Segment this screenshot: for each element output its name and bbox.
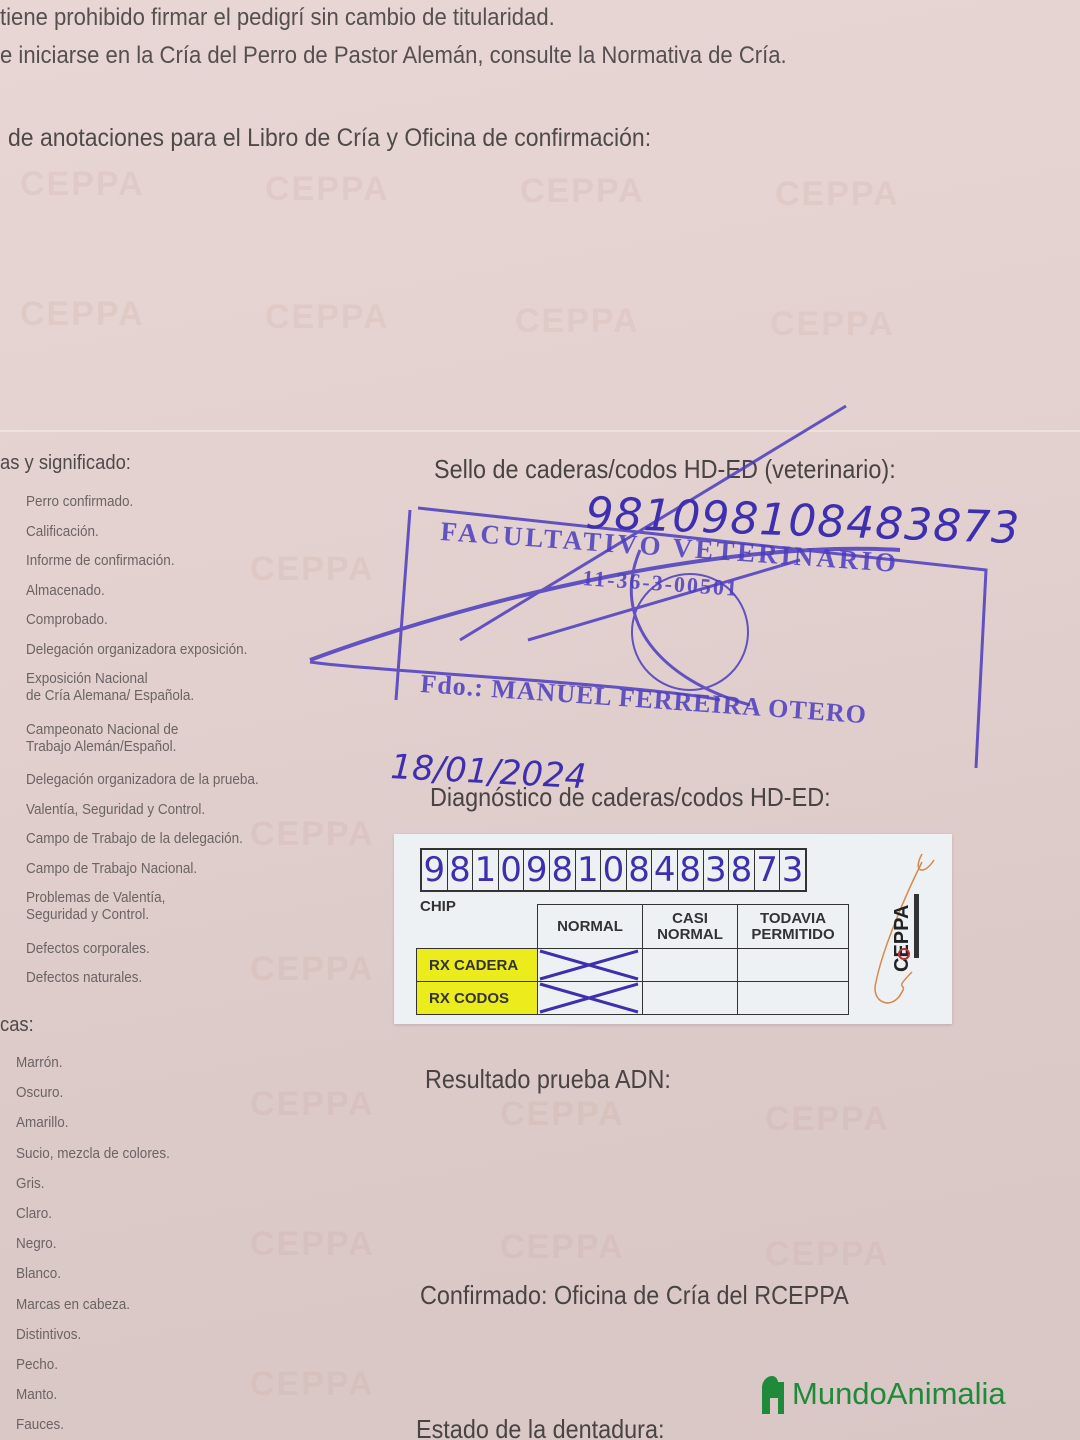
row-rx-codos: RX CODOS bbox=[417, 982, 538, 1015]
chip-digit-box: 9 bbox=[422, 850, 448, 890]
cadera-normal-cell bbox=[538, 949, 643, 982]
watermark: CEPPA bbox=[250, 815, 375, 854]
color-item: Gris. bbox=[16, 1175, 45, 1192]
legend-item: Campo de Trabajo Nacional. bbox=[26, 860, 197, 877]
codos-casi-normal-cell bbox=[643, 982, 738, 1015]
chip-digit-box: 0 bbox=[499, 850, 525, 890]
brand-animal-icon bbox=[758, 1374, 788, 1414]
cross-mark-icon bbox=[538, 982, 642, 1014]
watermark: CEPPA bbox=[265, 170, 390, 209]
row-rx-cadera: RX CADERA bbox=[417, 949, 538, 982]
chip-number-boxes: 981098108483873 bbox=[420, 848, 807, 892]
chip-digit-box: 0 bbox=[601, 850, 627, 890]
watermark: CEPPA bbox=[765, 1100, 890, 1139]
chip-digit-box: 8 bbox=[550, 850, 576, 890]
legend-item: Campo de Trabajo de la delegación. bbox=[26, 830, 243, 847]
rx-table: NORMAL CASI NORMAL TODAVIA PERMITIDO RX … bbox=[416, 904, 849, 1015]
watermark: CEPPA bbox=[765, 1235, 890, 1274]
stamp-name: Fdo.: MANUEL FERREIRA OTERO bbox=[420, 669, 868, 729]
color-item: Blanco. bbox=[16, 1265, 61, 1282]
confirmed-label: Confirmado: Oficina de Cría del RCEPPA bbox=[420, 1280, 849, 1311]
teeth-label: Estado de la dentadura: bbox=[416, 1414, 664, 1440]
logo-text: CEPPA bbox=[891, 905, 913, 972]
legend-item: Delegación organizadora de la prueba. bbox=[26, 771, 259, 788]
codos-todavia-cell bbox=[738, 982, 849, 1015]
color-item: Pecho. bbox=[16, 1356, 58, 1373]
watermark: CEPPA bbox=[20, 165, 145, 204]
watermark: CEPPA bbox=[500, 1228, 625, 1267]
brand-name: MundoAnimalia bbox=[792, 1376, 1006, 1412]
dna-label: Resultado prueba ADN: bbox=[425, 1064, 671, 1095]
chip-digit-box: 1 bbox=[473, 850, 499, 890]
watermark: CEPPA bbox=[250, 1085, 375, 1124]
color-item: Marcas en cabeza. bbox=[16, 1296, 130, 1313]
color-item: Manto. bbox=[16, 1386, 57, 1403]
colors-heading: cas: bbox=[0, 1014, 34, 1037]
hd-ed-sticker: 981098108483873 CHIP NORMAL CASI NORMAL … bbox=[394, 834, 952, 1024]
legend-heading: as y significado: bbox=[0, 452, 131, 475]
codos-normal-cell bbox=[538, 982, 643, 1015]
legend-item: Delegación organizadora exposición. bbox=[26, 641, 247, 658]
legend-item: Defectos naturales. bbox=[26, 969, 142, 986]
chip-digit-box: 7 bbox=[755, 850, 781, 890]
notice-line-2: e iniciarse en la Cría del Perro de Past… bbox=[0, 42, 787, 70]
cadera-casi-normal-cell bbox=[643, 949, 738, 982]
color-item: Negro. bbox=[16, 1235, 57, 1252]
watermark: CEPPA bbox=[250, 950, 375, 989]
legend-item: Valentía, Seguridad y Control. bbox=[26, 801, 205, 818]
color-item: Amarillo. bbox=[16, 1114, 69, 1131]
legend-item: Problemas de Valentía, Seguridad y Contr… bbox=[26, 889, 165, 923]
col-todavia-permitido: TODAVIA PERMITIDO bbox=[738, 905, 849, 949]
legend-item: Exposición Nacional de Cría Alemana/ Esp… bbox=[26, 670, 194, 704]
watermark: CEPPA bbox=[250, 1365, 375, 1404]
legend-item: Perro confirmado. bbox=[26, 493, 133, 510]
color-item: Sucio, mezcla de colores. bbox=[16, 1145, 170, 1162]
stamp-number: 11-36-3-00501 bbox=[582, 565, 740, 601]
cadera-todavia-cell bbox=[738, 949, 849, 982]
chip-digit-box: 8 bbox=[678, 850, 704, 890]
color-item: Oscuro. bbox=[16, 1084, 63, 1101]
legend-item: Defectos corporales. bbox=[26, 940, 150, 957]
ceppa-logo: CEPPA bbox=[862, 842, 952, 1022]
legend-item: Almacenado. bbox=[26, 582, 105, 599]
color-item: Marrón. bbox=[16, 1054, 63, 1071]
watermark: CEPPA bbox=[250, 1225, 375, 1264]
legend-item: Calificación. bbox=[26, 523, 99, 540]
legend-item: Comprobado. bbox=[26, 611, 108, 628]
chip-digit-box: 3 bbox=[704, 850, 730, 890]
watermark: CEPPA bbox=[515, 302, 640, 341]
mundoanimalia-logo: MundoAnimalia bbox=[758, 1374, 1006, 1414]
watermark: CEPPA bbox=[20, 295, 145, 334]
diagnosis-label: Diagnóstico de caderas/codos HD-ED: bbox=[430, 782, 831, 813]
notice-line-1: tiene prohibido firmar el pedigrí sin ca… bbox=[0, 4, 555, 32]
color-item: Distintivos. bbox=[16, 1326, 81, 1343]
chip-digit-box: 8 bbox=[627, 850, 653, 890]
chip-digit-box: 8 bbox=[448, 850, 474, 890]
watermark: CEPPA bbox=[775, 175, 900, 214]
watermark: CEPPA bbox=[265, 298, 390, 337]
watermark: CEPPA bbox=[520, 172, 645, 211]
annotations-heading: de anotaciones para el Libro de Cría y O… bbox=[8, 124, 651, 153]
watermark: CEPPA bbox=[500, 1095, 625, 1134]
cross-mark-icon bbox=[538, 949, 642, 981]
chip-digit-box: 3 bbox=[780, 850, 805, 890]
legend-item: Campeonato Nacional de Trabajo Alemán/Es… bbox=[26, 721, 178, 755]
col-casi-normal: CASI NORMAL bbox=[643, 905, 738, 949]
veterinary-stamp: FACULTATIVO VETERINARIO 11-36-3-00501 Fd… bbox=[300, 400, 1060, 800]
chip-digit-box: 9 bbox=[524, 850, 550, 890]
color-item: Fauces. bbox=[16, 1416, 64, 1433]
col-normal: NORMAL bbox=[538, 905, 643, 949]
color-item: Claro. bbox=[16, 1205, 52, 1222]
chip-digit-box: 8 bbox=[729, 850, 755, 890]
chip-digit-box: 4 bbox=[652, 850, 678, 890]
chip-digit-box: 1 bbox=[576, 850, 602, 890]
legend-item: Informe de confirmación. bbox=[26, 552, 175, 569]
watermark: CEPPA bbox=[770, 305, 895, 344]
